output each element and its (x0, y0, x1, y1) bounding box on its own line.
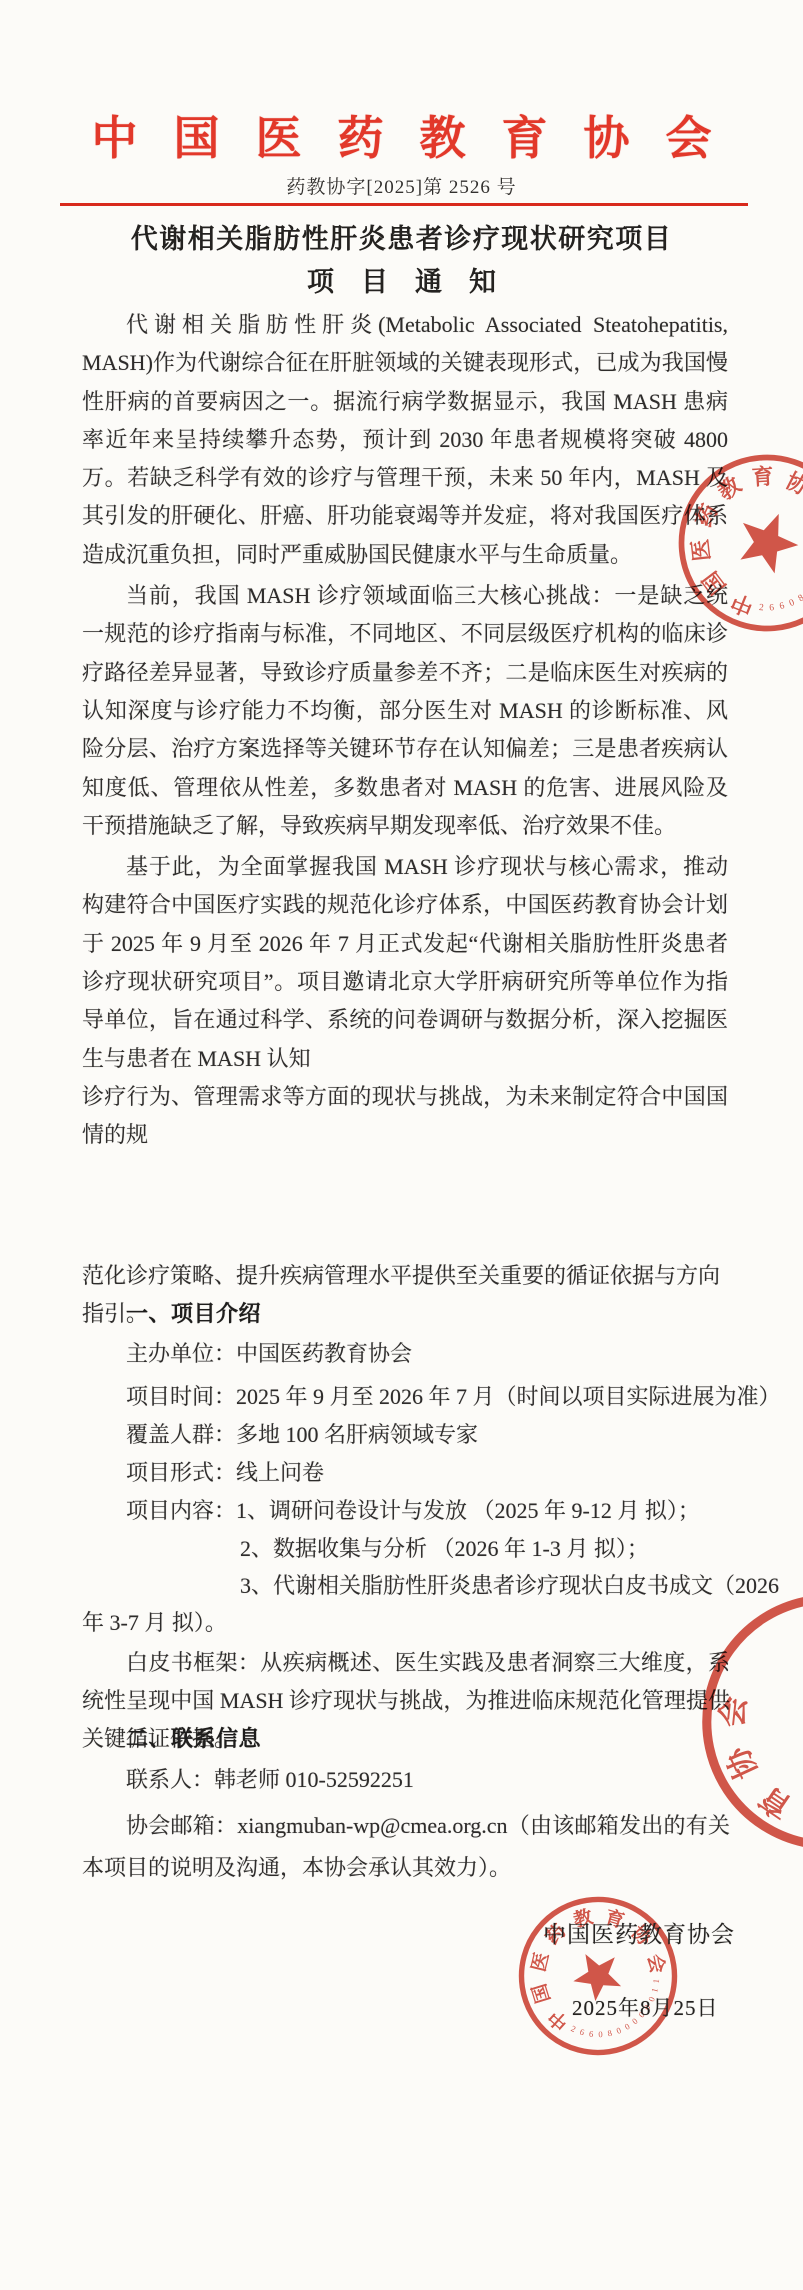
red-divider-line (60, 203, 748, 206)
paragraph-challenges: 当前，我国 MASH 诊疗领域面临三大核心挑战：一是缺乏统一规范的诊疗指南与标准… (82, 577, 728, 845)
signature-date: 2025年8月25日 (572, 1992, 719, 2022)
svg-text:国: 国 (698, 567, 730, 599)
scanned-notice-document: 中国医药教育协会 药教协字[2025]第 2526 号 代谢相关脂肪性肝炎患者诊… (0, 0, 803, 2290)
page1-body: 代谢相关脂肪性肝炎(Metabolic Associated Steatohep… (82, 306, 728, 1158)
svg-text:8: 8 (607, 2028, 613, 2039)
svg-text:1: 1 (651, 1979, 661, 1984)
contact-line: 联系人：韩老师 010-52592251 (82, 1761, 786, 1799)
svg-text:6: 6 (579, 2027, 587, 2038)
document-number: 药教协字[2025]第 2526 号 (0, 172, 803, 199)
svg-text:0: 0 (615, 2025, 623, 2036)
svg-text:0: 0 (788, 598, 796, 609)
section1-heading: 一、项目介绍 (82, 1295, 786, 1333)
svg-text:协: 协 (720, 1740, 764, 1783)
svg-text:0: 0 (623, 2021, 632, 2032)
svg-text:教: 教 (713, 472, 745, 505)
svg-text:会: 会 (643, 1952, 669, 1975)
svg-text:协: 协 (782, 468, 803, 501)
official-seal-partial-icon: 中国医药教育协会 (690, 1582, 803, 1862)
svg-text:中: 中 (727, 589, 757, 620)
official-seal-page1-icon: 中国医药教育协会1100000080662 (672, 448, 803, 638)
section2-heading: 二、联系信息 (82, 1720, 786, 1758)
content-item-2: 2、数据收集与分析 （2026 年 1-3 月 拟）； (82, 1530, 803, 1568)
svg-text:会: 会 (715, 1695, 752, 1729)
svg-text:6: 6 (779, 601, 786, 612)
paragraph-background: 代谢相关脂肪性肝炎(Metabolic Associated Steatohep… (82, 306, 728, 574)
email-paragraph: 协会邮箱：xiangmuban-wp@cmea.org.cn（由该邮箱发出的有关… (82, 1805, 730, 1889)
svg-text:育: 育 (751, 464, 775, 490)
signature-association-name: 中国医药教育协会 (543, 1916, 735, 1949)
timeline-line: 项目时间：2025 年 9 月至 2026 年 7 月（时间以项目实际进展为准） (82, 1378, 786, 1416)
content-item-1: 项目内容：1、调研问卷设计与发放 （2025 年 9-12 月 拟）； (82, 1492, 786, 1530)
svg-text:6: 6 (589, 2029, 595, 2040)
official-seal-signature-icon: 中国医药教育协会1100000080662 (508, 1886, 688, 2066)
svg-text:药: 药 (691, 500, 723, 530)
svg-text:2: 2 (569, 2023, 577, 2034)
format-line: 项目形式：线上问卷 (82, 1454, 786, 1492)
svg-text:8: 8 (797, 593, 803, 604)
svg-text:6: 6 (769, 603, 775, 613)
svg-text:2: 2 (758, 603, 764, 613)
project-title: 代谢相关脂肪性肝炎患者诊疗现状研究项目 (0, 217, 803, 256)
organizer-line: 主办单位：中国医药教育协会 (82, 1335, 786, 1373)
association-letterhead-title: 中国医药教育协会 (0, 102, 803, 168)
svg-text:0: 0 (598, 2029, 603, 2039)
content-item-3-continued: 年 3-7 月 拟）。 (82, 1604, 742, 1642)
notice-title: 项目通知 (0, 260, 803, 299)
svg-text:医: 医 (688, 538, 714, 562)
svg-text:医: 医 (528, 1950, 554, 1974)
paragraph-project-launch: 基于此，为全面掌握我国 MASH 诊疗现状与核心需求，推动构建符合中国医疗实践的… (82, 848, 728, 1154)
population-line: 覆盖人群：多地 100 名肝病领域专家 (82, 1416, 786, 1454)
svg-text:国: 国 (528, 1981, 555, 2006)
